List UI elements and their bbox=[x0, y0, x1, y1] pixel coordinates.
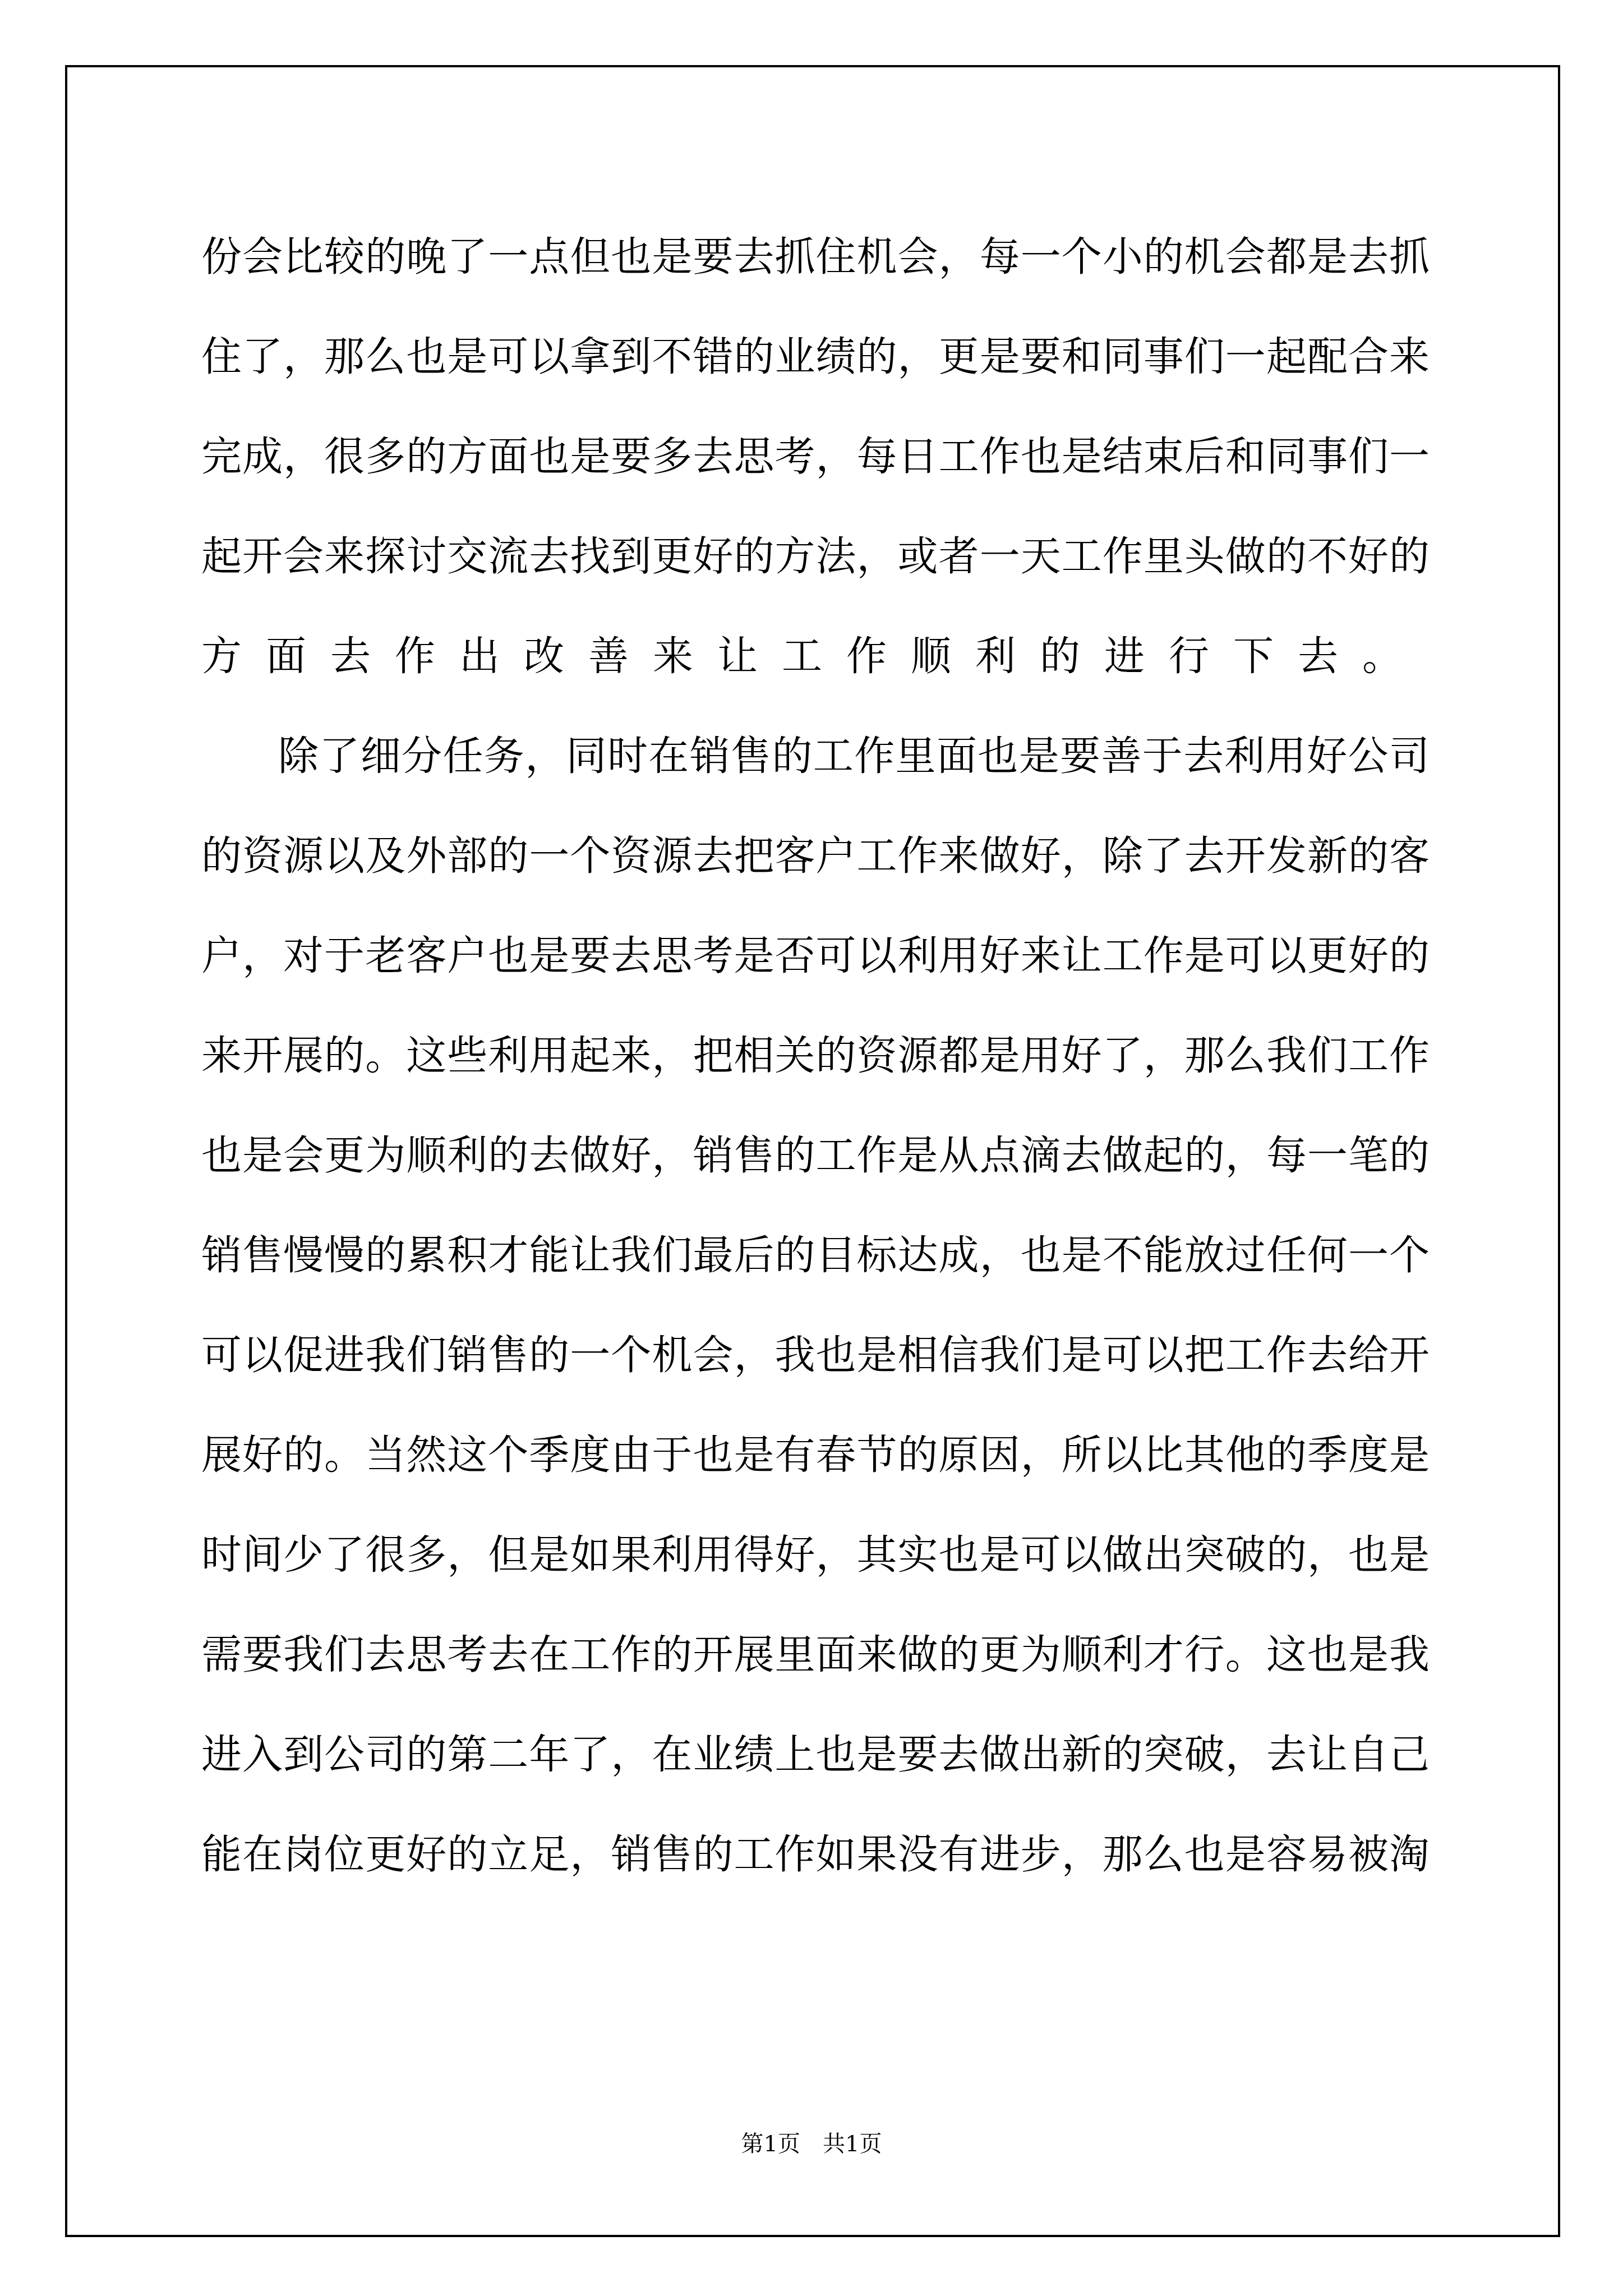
paragraph-2-line-4: 来开展的。这些利用起来，把相关的资源都是用好了，那么我们工作 bbox=[201, 1030, 1430, 1080]
page-number-footer: 第1页 共1页 bbox=[0, 2126, 1623, 2158]
paragraph-2-line-9: 时间少了很多，但是如果利用得好，其实也是可以做出突破的，也是 bbox=[201, 1529, 1430, 1580]
paragraph-2-line-12: 能在岗位更好的立足，销售的工作如果没有进步，那么也是容易被淘 bbox=[201, 1829, 1430, 1879]
paragraph-2-line-11: 进入到公司的第二年了，在业绩上也是要去做出新的突破，去让自己 bbox=[201, 1729, 1430, 1779]
paragraph-1-line-3: 完成，很多的方面也是要多去思考，每日工作也是结束后和同事们一 bbox=[201, 431, 1430, 481]
paragraph-2-line-5: 也是会更为顺利的去做好，销售的工作是从点滴去做起的，每一笔的 bbox=[201, 1130, 1430, 1180]
paragraph-2-line-3: 户，对于老客户也是要去思考是否可以利用好来让工作是可以更好的 bbox=[201, 930, 1430, 981]
paragraph-2-line-2: 的资源以及外部的一个资源去把客户工作来做好，除了去开发新的客 bbox=[201, 830, 1430, 881]
paragraph-2-line-1: 除了细分任务，同时在销售的工作里面也是要善于去利用好公司 bbox=[278, 730, 1430, 781]
paragraph-2-line-6: 销售慢慢的累积才能让我们最后的目标达成，也是不能放过任何一个 bbox=[201, 1230, 1430, 1280]
paragraph-2-line-7: 可以促进我们销售的一个机会，我也是相信我们是可以把工作去给开 bbox=[201, 1329, 1430, 1380]
paragraph-2-line-10: 需要我们去思考去在工作的开展里面来做的更为顺利才行。这也是我 bbox=[201, 1629, 1430, 1680]
paragraph-1-line-4: 起开会来探讨交流去找到更好的方法，或者一天工作里头做的不好的 bbox=[201, 531, 1430, 581]
paragraph-1-line-1: 份会比较的晚了一点但也是要去抓住机会，每一个小的机会都是去抓 bbox=[201, 231, 1430, 282]
paragraph-2-line-8: 展好的。当然这个季度由于也是有春节的原因，所以比其他的季度是 bbox=[201, 1429, 1430, 1480]
paragraph-1-line-5: 方面去作出改善来让工作顺利的进行下去。 bbox=[201, 631, 1430, 681]
paragraph-1-line-2: 住了，那么也是可以拿到不错的业绩的，更是要和同事们一起配合来 bbox=[201, 331, 1430, 381]
